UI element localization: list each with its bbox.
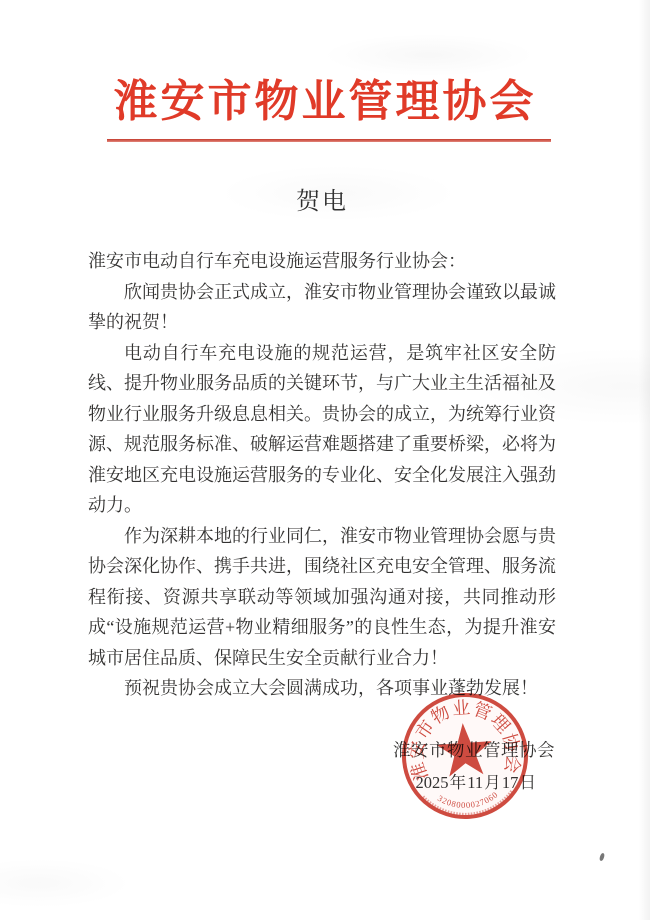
- paragraph: 作为深耕本地的行业同仁，淮安市物业管理协会愿与贵协会深化协作、携手共进，围绕社区…: [88, 521, 556, 674]
- paragraph: 欣闻贵协会正式成立，淮安市物业管理协会谨致以最诚挚的祝贺！: [88, 277, 556, 338]
- document-title: 贺电: [0, 181, 644, 216]
- letter-body: 淮安市电动自行车充电设施运营服务行业协会： 欣闻贵协会正式成立，淮安市物业管理协…: [88, 246, 556, 704]
- paragraph: 电动自行车充电设施的规范运营，是筑牢社区安全防线、提升物业服务品质的关键环节，与…: [88, 338, 556, 521]
- letterhead-rule: [107, 139, 551, 142]
- ink-speck: [599, 853, 605, 862]
- official-seal: 淮安市物业管理协会 3208000027060: [390, 681, 539, 830]
- salutation: 淮安市电动自行车充电设施运营服务行业协会：: [88, 246, 556, 277]
- letterhead-org-title: 淮安市物业管理协会: [0, 76, 650, 129]
